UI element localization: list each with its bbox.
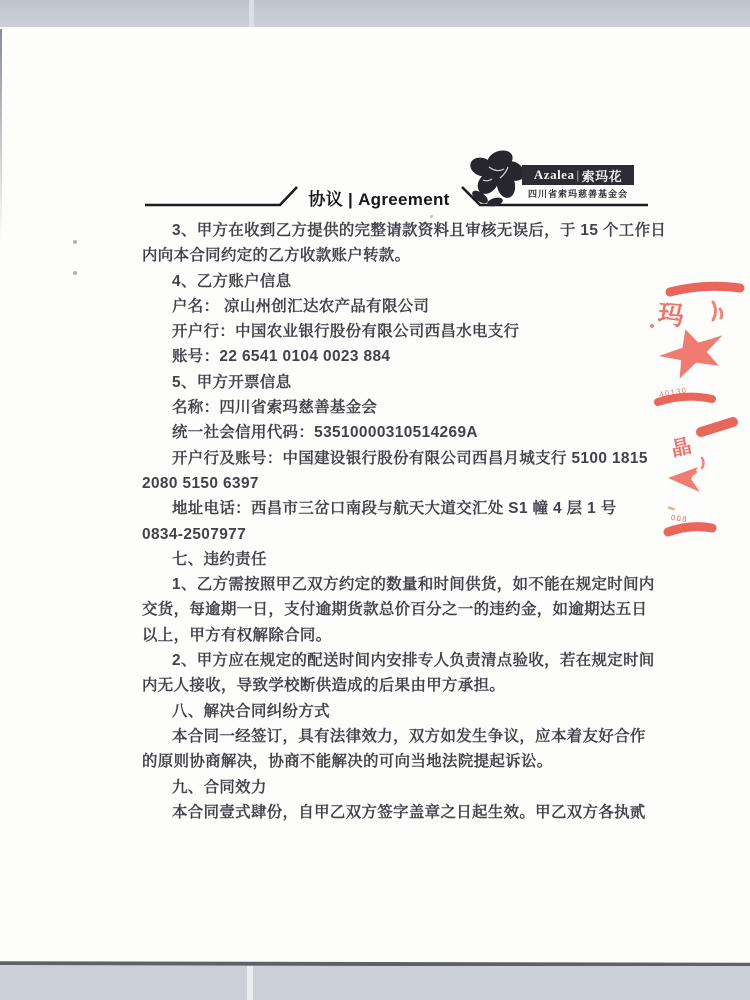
text-line: 地址电话：西昌市三岔口南段与航天大道交汇处 S1 幢 4 层 1 号 <box>142 496 642 521</box>
azalea-flower-icon <box>470 146 528 208</box>
text-line: 统一社会信用代码：53510000310514269A <box>142 420 642 445</box>
text-line: 以上，甲方有权解除合同。 <box>142 623 642 648</box>
text-line: 2080 5150 6397 <box>142 471 642 496</box>
seal2-arc <box>701 422 733 432</box>
text-line: 七、违约责任 <box>142 547 642 572</box>
text-line: 5、甲方开票信息 <box>142 370 642 395</box>
text-line: 八、解决合同纠纷方式 <box>142 699 642 724</box>
seal2-bottom-arc <box>668 527 712 532</box>
text-line: 1、乙方需按照甲乙双方约定的数量和时间供货，如不能在规定时间内 <box>142 572 642 597</box>
text-line: 本合同一经签订，具有法律效力，双方如发生争议，应本着友好合作 <box>142 724 642 749</box>
document-body: 3、甲方在收到乙方提供的完整请款资料且审核无误后，于 15 个工作日内向本合同约… <box>142 218 642 825</box>
seal2-star-point <box>668 467 700 492</box>
text-line: 名称：四川省索玛慈善基金会 <box>142 395 642 420</box>
text-line: 账号：22 6541 0104 0023 884 <box>142 344 642 369</box>
text-line: 开户行及账号：中国建设银行股份有限公司西昌月城支行 5100 1815 <box>142 446 642 471</box>
logo-brand-separator: | <box>576 167 579 183</box>
seal2-serial-digits: 008 <box>670 513 688 524</box>
red-seal-marks: 玛 40130 晶 008 <box>640 276 750 551</box>
text-line: 的原则协商解决，协商不能解决的可向当地法院提起诉讼。 <box>142 749 642 774</box>
banner-title: 协议 | Agreement <box>295 185 463 210</box>
text-line: 内向本合同约定的乙方收款账户转款。 <box>142 243 642 268</box>
seal1-partial-character <box>713 302 722 320</box>
logo-brand-badge: Azalea|索玛花 <box>522 165 634 185</box>
seal2-character: 晶 <box>669 434 693 461</box>
seal1-arc <box>670 286 740 292</box>
logo-brand-cn: 索玛花 <box>582 166 623 185</box>
seal1-character: 玛 <box>656 298 685 331</box>
text-line: 九、合同效力 <box>142 775 642 800</box>
text-line: 0834-2507977 <box>142 522 642 547</box>
text-line: 本合同壹式肆份，自甲乙双方签字盖章之日起生效。甲乙双方各执贰 <box>142 800 642 825</box>
text-line: 内无人接收，导致学校断供造成的后果由甲方承担。 <box>142 673 642 698</box>
seal1-bottom-arc <box>658 397 712 402</box>
logo-org-name: 四川省索玛慈善基金会 <box>522 187 634 200</box>
scanned-agreement-page: { "scan": { "band_color": "#c8ced4", "pa… <box>0 0 750 1000</box>
text-line: 2、甲方应在规定的配送时间内安排专人负责清点验收，若在规定时间 <box>142 648 642 673</box>
text-line: 3、甲方在收到乙方提供的完整请款资料且审核无误后，于 15 个工作日 <box>142 218 642 243</box>
scan-speck <box>73 271 77 275</box>
text-line: 交货，每逾期一日，支付逾期货款总价百分之一的违约金，如逾期达五日 <box>142 597 642 622</box>
logo-brand-en: Azalea <box>534 167 575 183</box>
text-line: 户名： 凉山州创汇达农产品有限公司 <box>142 294 642 319</box>
text-line: 4、乙方账户信息 <box>142 269 642 294</box>
scan-streak-bottom <box>247 966 253 1000</box>
text-line: 开户行：中国农业银行股份有限公司西昌水电支行 <box>142 319 642 344</box>
scan-edge-bottom <box>0 966 750 1000</box>
scan-speck <box>73 240 77 244</box>
